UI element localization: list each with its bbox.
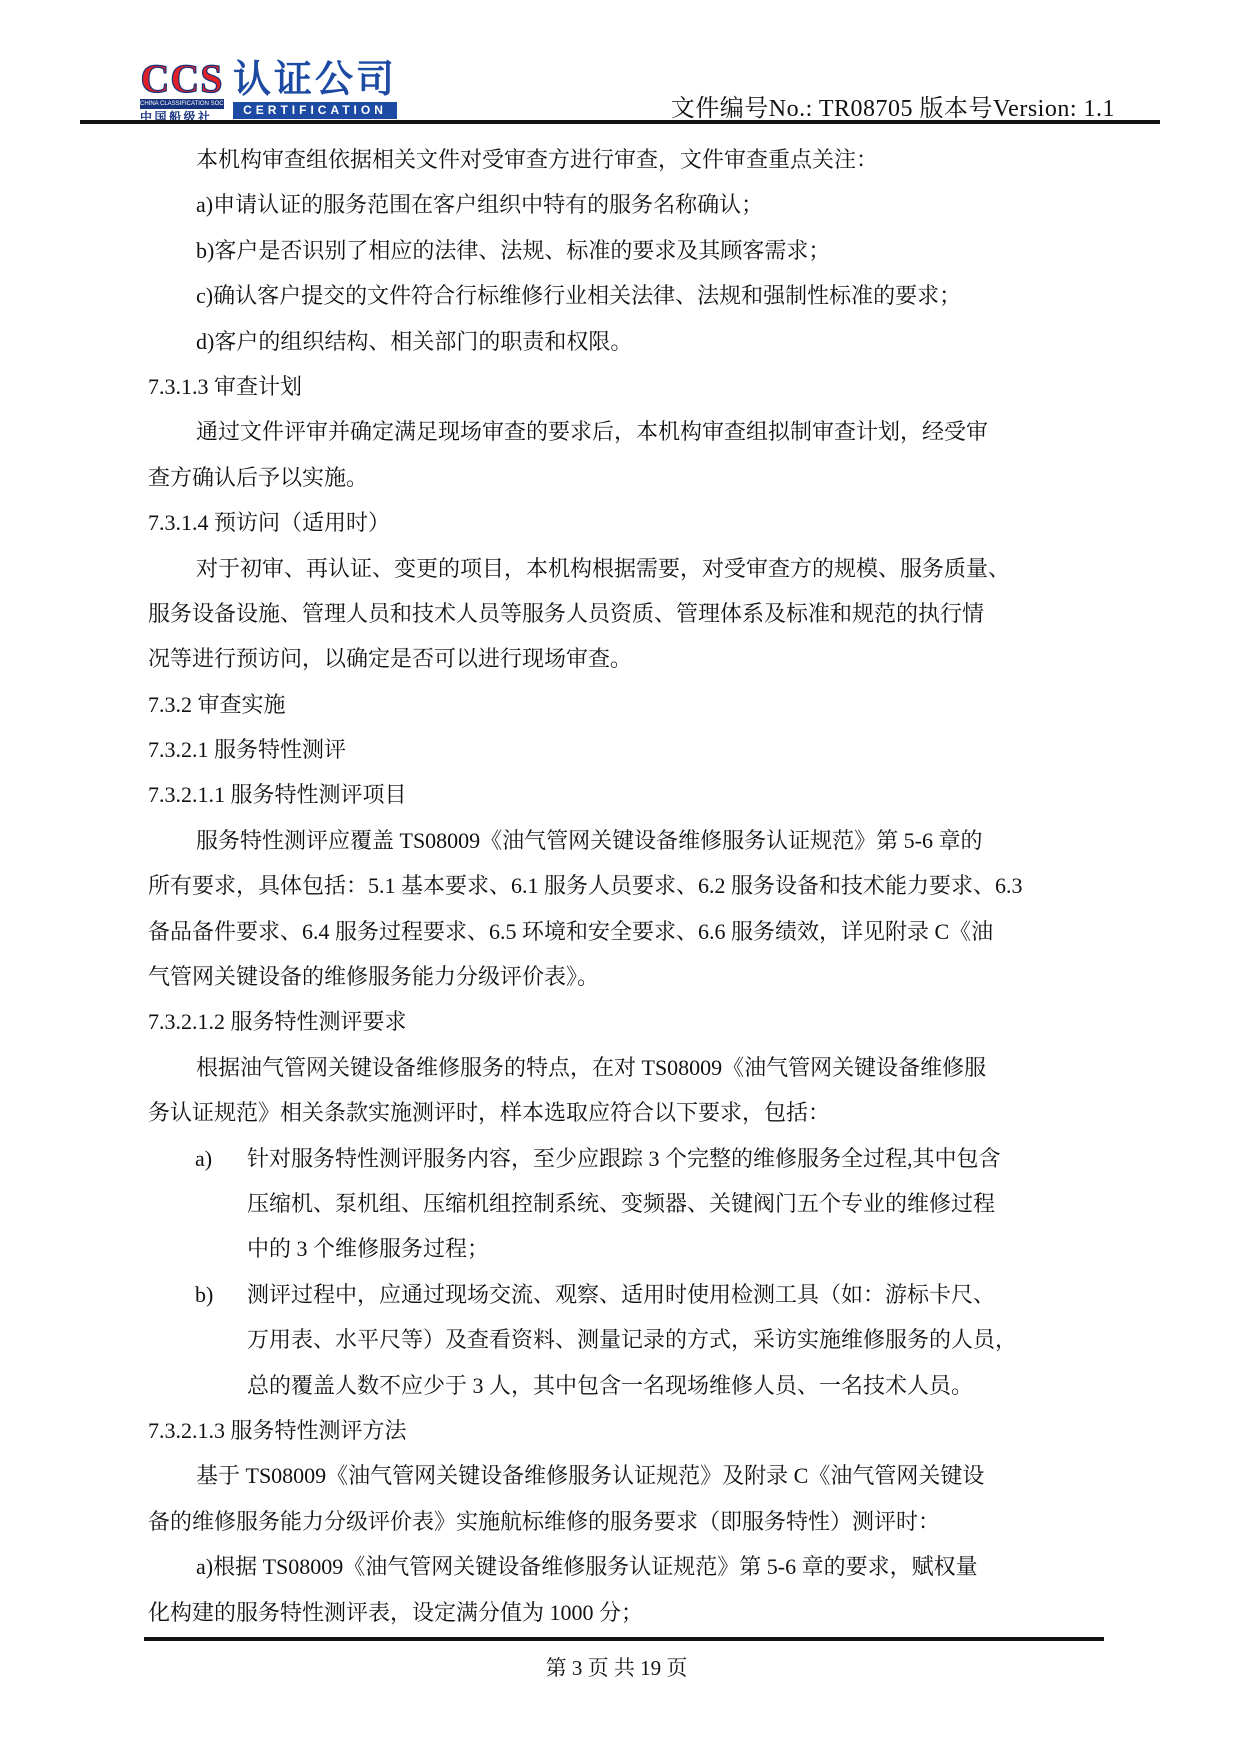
text-line: a)申请认证的服务范围在客户组织中特有的服务名称确认； xyxy=(148,182,1106,227)
section-heading: 7.3.2.1.2 服务特性测评要求 xyxy=(148,999,1106,1044)
line-text: 测评过程中，应通过现场交流、观察、适用时使用检测工具（如：游标卡尺、 xyxy=(247,1282,995,1307)
line-text: 务认证规范》相关条款实施测评时，样本选取应符合以下要求，包括： xyxy=(148,1100,830,1125)
text-line: 备的维修服务能力分级评价表》实施航标维修的服务要求（即服务特性）测评时： xyxy=(148,1499,1106,1544)
text-line: 基于 TS08009《油气管网关键设备维修服务认证规范》及附录 C《油气管网关键… xyxy=(148,1453,1106,1498)
line-text: 服务特性测评应覆盖 TS08009《油气管网关键设备维修服务认证规范》第 5-6… xyxy=(196,828,983,853)
line-text: 总的覆盖人数不应少于 3 人，其中包含一名现场维修人员、一名技术人员。 xyxy=(247,1373,973,1398)
text-line: 万用表、水平尺等）及查看资料、测量记录的方式，采访实施维修服务的人员， xyxy=(148,1317,1106,1362)
line-text: 压缩机、泵机组、压缩机组控制系统、变频器、关键阀门五个专业的维修过程 xyxy=(247,1191,995,1216)
line-text: 7.3.1.3 审查计划 xyxy=(148,374,302,399)
line-text: 通过文件评审并确定满足现场审查的要求后，本机构审查组拟制审查计划，经受审 xyxy=(196,419,988,444)
line-text: 7.3.1.4 预访问（适用时） xyxy=(148,510,390,535)
text-line: d)客户的组织结构、相关部门的职责和权限。 xyxy=(148,319,1106,364)
text-line: 备品备件要求、6.4 服务过程要求、6.5 环境和安全要求、6.6 服务绩效，详… xyxy=(148,909,1106,954)
section-heading: 7.3.2.1.1 服务特性测评项目 xyxy=(148,772,1106,817)
section-heading: 7.3.2.1.3 服务特性测评方法 xyxy=(148,1408,1106,1453)
line-text: 万用表、水平尺等）及查看资料、测量记录的方式，采访实施维修服务的人员， xyxy=(247,1327,1017,1352)
text-line: 气管网关键设备的维修服务能力分级评价表》。 xyxy=(148,954,1106,999)
section-heading: 7.3.2 审查实施 xyxy=(148,682,1106,727)
line-text: a)申请认证的服务范围在客户组织中特有的服务名称确认； xyxy=(196,192,763,217)
text-line: a)针对服务特性测评服务内容，至少应跟踪 3 个完整的维修服务全过程,其中包含 xyxy=(148,1136,1106,1181)
text-line: 所有要求，具体包括：5.1 基本要求、6.1 服务人员要求、6.2 服务设备和技… xyxy=(148,863,1106,908)
text-line: 化构建的服务特性测评表，设定满分值为 1000 分； xyxy=(148,1590,1106,1635)
line-text: 气管网关键设备的维修服务能力分级评价表》。 xyxy=(148,964,599,989)
line-text: 中的 3 个维修服务过程； xyxy=(247,1236,489,1261)
text-line: b)测评过程中，应通过现场交流、观察、适用时使用检测工具（如：游标卡尺、 xyxy=(148,1272,1106,1317)
line-text: 本机构审查组依据相关文件对受审查方进行审查，文件审查重点关注： xyxy=(196,147,878,172)
line-text: 根据油气管网关键设备维修服务的特点，在对 TS08009《油气管网关键设备维修服 xyxy=(196,1055,986,1080)
line-text: 针对服务特性测评服务内容，至少应跟踪 3 个完整的维修服务全过程,其中包含 xyxy=(247,1146,1001,1171)
line-text: 7.3.2 审查实施 xyxy=(148,692,286,717)
text-line: 根据油气管网关键设备维修服务的特点，在对 TS08009《油气管网关键设备维修服 xyxy=(148,1045,1106,1090)
certification-en-bar: CERTIFICATION xyxy=(233,102,397,119)
text-line: 查方确认后予以实施。 xyxy=(148,455,1106,500)
ccs-society-en-bar: CHINA CLASSIFICATION SOCIETY xyxy=(140,99,224,109)
line-text: 对于初审、再认证、变更的项目，本机构根据需要，对受审查方的规模、服务质量、 xyxy=(196,556,1010,581)
text-line: 本机构审查组依据相关文件对受审查方进行审查，文件审查重点关注： xyxy=(148,137,1106,182)
list-marker: b) xyxy=(195,1272,247,1317)
list-marker: a) xyxy=(195,1136,247,1181)
text-line: c)确认客户提交的文件符合行标维修行业相关法律、法规和强制性标准的要求； xyxy=(148,273,1106,318)
line-text: a)根据 TS08009《油气管网关键设备维修服务认证规范》第 5-6 章的要求… xyxy=(196,1554,978,1579)
line-text: 所有要求，具体包括：5.1 基本要求、6.1 服务人员要求、6.2 服务设备和技… xyxy=(148,873,1023,898)
text-line: 况等进行预访问，以确定是否可以进行现场审查。 xyxy=(148,636,1106,681)
line-text: 备品备件要求、6.4 服务过程要求、6.5 环境和安全要求、6.6 服务绩效，详… xyxy=(148,919,993,944)
ccs-logo-right: 认证公司 CERTIFICATION xyxy=(233,60,397,119)
ccs-logo: CCS CHINA CLASSIFICATION SOCIETY 中国船级社 认… xyxy=(140,60,397,124)
line-text: 7.3.2.1.2 服务特性测评要求 xyxy=(148,1009,407,1034)
line-text: c)确认客户提交的文件符合行标维修行业相关法律、法规和强制性标准的要求； xyxy=(196,283,961,308)
line-text: 查方确认后予以实施。 xyxy=(148,465,368,490)
section-heading: 7.3.1.3 审查计划 xyxy=(148,364,1106,409)
text-line: 服务特性测评应覆盖 TS08009《油气管网关键设备维修服务认证规范》第 5-6… xyxy=(148,818,1106,863)
document-body: 本机构审查组依据相关文件对受审查方进行审查，文件审查重点关注：a)申请认证的服务… xyxy=(148,137,1106,1635)
line-text: 备的维修服务能力分级评价表》实施航标维修的服务要求（即服务特性）测评时： xyxy=(148,1509,940,1534)
line-text: 化构建的服务特性测评表，设定满分值为 1000 分； xyxy=(148,1600,643,1625)
text-line: 通过文件评审并确定满足现场审查的要求后，本机构审查组拟制审查计划，经受审 xyxy=(148,409,1106,454)
section-heading: 7.3.2.1 服务特性测评 xyxy=(148,727,1106,772)
text-line: a)根据 TS08009《油气管网关键设备维修服务认证规范》第 5-6 章的要求… xyxy=(148,1544,1106,1589)
line-text: 基于 TS08009《油气管网关键设备维修服务认证规范》及附录 C《油气管网关键… xyxy=(196,1463,984,1488)
line-text: d)客户的组织结构、相关部门的职责和权限。 xyxy=(196,329,632,354)
text-line: 总的覆盖人数不应少于 3 人，其中包含一名现场维修人员、一名技术人员。 xyxy=(148,1363,1106,1408)
document-page: CCS CHINA CLASSIFICATION SOCIETY 中国船级社 认… xyxy=(0,0,1233,1743)
line-text: 况等进行预访问，以确定是否可以进行现场审查。 xyxy=(148,646,632,671)
text-line: b)客户是否识别了相应的法律、法规、标准的要求及其顾客需求； xyxy=(148,228,1106,273)
line-text: 7.3.2.1 服务特性测评 xyxy=(148,737,346,762)
header-rule xyxy=(80,120,1160,124)
text-line: 中的 3 个维修服务过程； xyxy=(148,1226,1106,1271)
line-text: 7.3.2.1.1 服务特性测评项目 xyxy=(148,782,407,807)
line-text: 服务设备设施、管理人员和技术人员等服务人员资质、管理体系及标准和规范的执行情 xyxy=(148,601,984,626)
line-text: b)客户是否识别了相应的法律、法规、标准的要求及其顾客需求； xyxy=(196,238,830,263)
text-line: 对于初审、再认证、变更的项目，本机构根据需要，对受审查方的规模、服务质量、 xyxy=(148,546,1106,591)
section-heading: 7.3.1.4 预访问（适用时） xyxy=(148,500,1106,545)
document-number: 文件编号No.: TR08705 版本号Version: 1.1 xyxy=(671,88,1115,123)
certification-company-cn-label: 认证公司 xyxy=(233,60,397,100)
ccs-logo-letters: CCS xyxy=(140,60,224,98)
page-number-label: 第 3 页 共 19 页 xyxy=(0,1652,1233,1682)
text-line: 服务设备设施、管理人员和技术人员等服务人员资质、管理体系及标准和规范的执行情 xyxy=(148,591,1106,636)
text-line: 压缩机、泵机组、压缩机组控制系统、变频器、关键阀门五个专业的维修过程 xyxy=(148,1181,1106,1226)
text-line: 务认证规范》相关条款实施测评时，样本选取应符合以下要求，包括： xyxy=(148,1090,1106,1135)
line-text: 7.3.2.1.3 服务特性测评方法 xyxy=(148,1418,407,1443)
footer-rule xyxy=(144,1637,1104,1641)
ccs-logo-left: CCS CHINA CLASSIFICATION SOCIETY 中国船级社 xyxy=(140,60,224,124)
